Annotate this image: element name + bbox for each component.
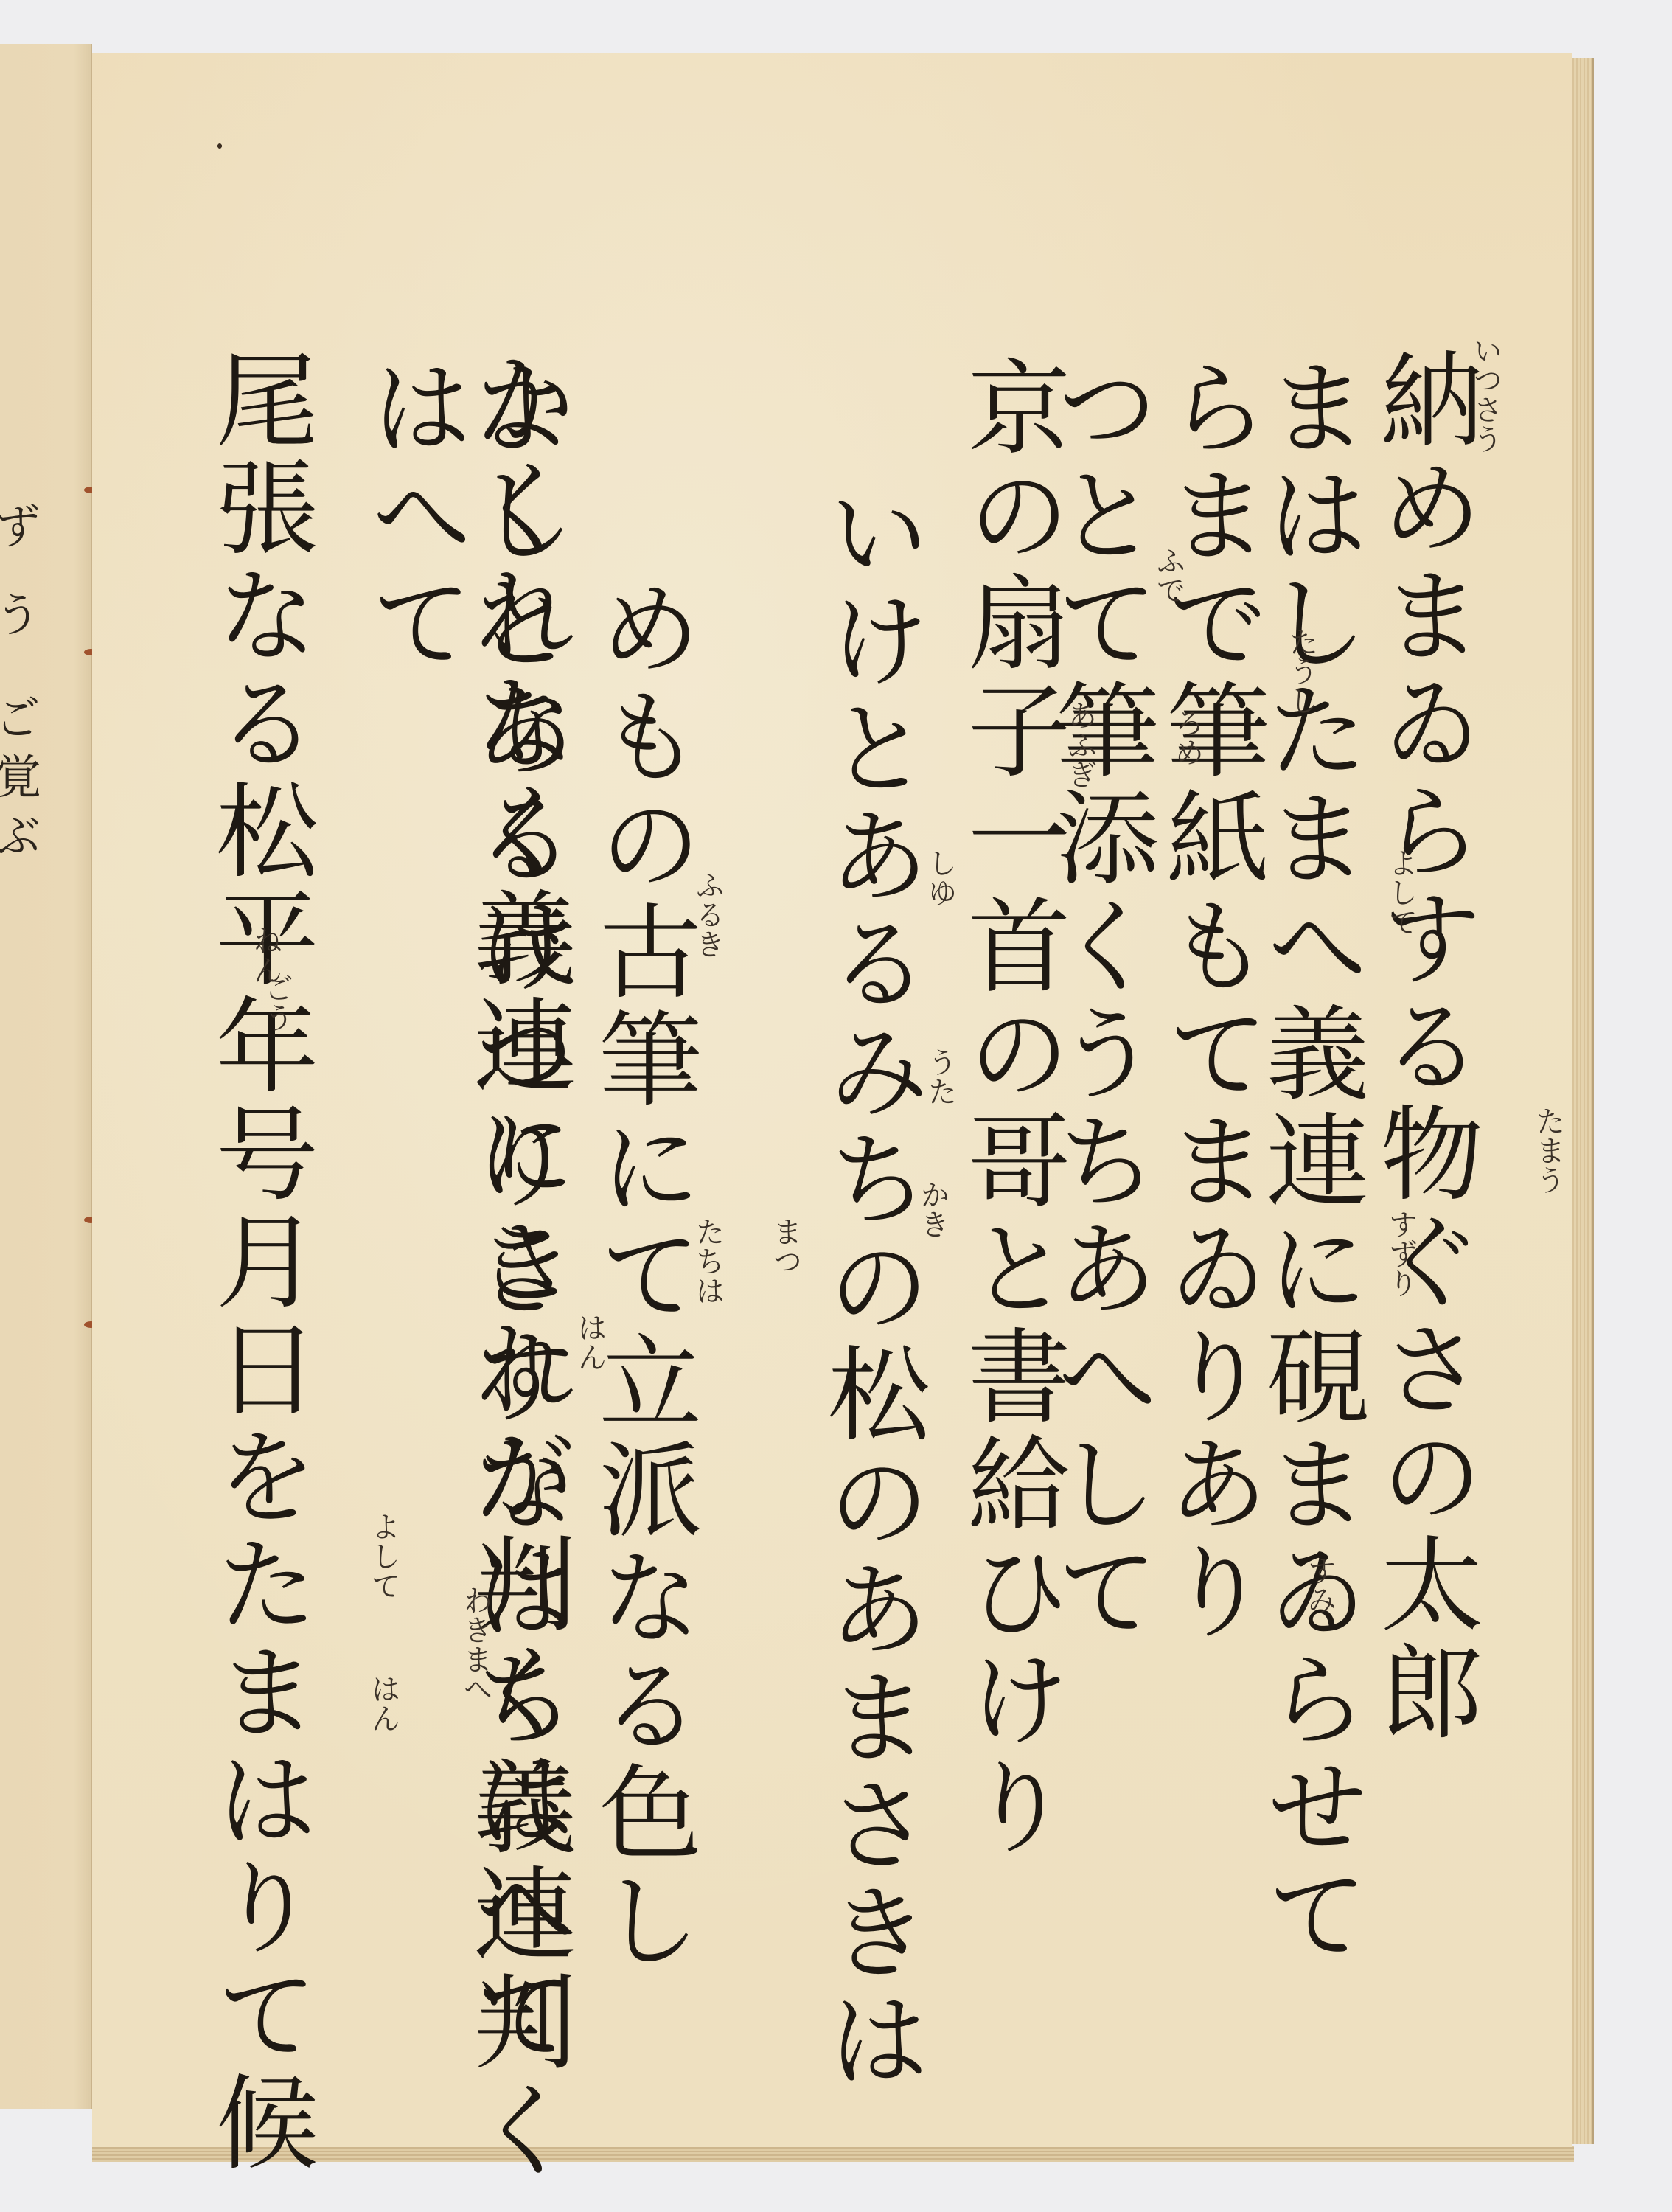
left-page: ず う ご 覚 ぶ bbox=[0, 44, 92, 2109]
furigana-gloss: よして bbox=[1386, 848, 1415, 936]
furigana-gloss: よして bbox=[369, 1512, 398, 1600]
furigana-gloss: あふぎ bbox=[1065, 700, 1095, 789]
furigana-gloss: たちは bbox=[693, 1217, 722, 1305]
furigana-gloss: わきまへ bbox=[461, 1585, 490, 1703]
furigana-gloss: まつ bbox=[770, 1217, 800, 1276]
column-text: 尾張なる松平年号月日をたまはりて候 bbox=[198, 347, 318, 2177]
text-column: 京の扇子一首の哥と書給ひけり bbox=[958, 354, 1062, 1861]
column-text: よしとあるけつりきすなはち義連判くはへて bbox=[353, 354, 577, 2184]
left-page-glyph: 覚 bbox=[0, 752, 37, 799]
furigana-gloss: ふで bbox=[1154, 546, 1183, 605]
furigana-gloss: はん bbox=[369, 1674, 398, 1733]
text-column: めもの古筆にて立派なる色し bbox=[590, 575, 693, 1975]
text-column: 尾張なる松平年号月日をたまはりて候 bbox=[206, 347, 310, 2177]
text-column: いけとあるみちの松のあまさきは bbox=[818, 479, 922, 2094]
column-text: 納めまゐらする物ぐさの太郎 bbox=[1363, 347, 1483, 1746]
page-edges-right bbox=[1570, 58, 1594, 2144]
text-column: 納めまゐらする物ぐさの太郎 bbox=[1371, 347, 1474, 1746]
text-column: まはしたまへ義連に硯まゐらせて bbox=[1257, 354, 1360, 1969]
left-page-glyph: う bbox=[0, 590, 37, 637]
text-column: よしとあるけつりきすなはち義連判くはへて bbox=[361, 354, 568, 2212]
furigana-gloss: すみ bbox=[1305, 1556, 1334, 1615]
furigana-gloss: たまう bbox=[1533, 1106, 1563, 1194]
furigana-gloss: たうし bbox=[1286, 627, 1316, 715]
furigana-gloss: ごう bbox=[262, 973, 291, 1032]
column-text: いけとあるみちの松のあまさきは bbox=[810, 479, 930, 2094]
furigana-gloss: ろめ bbox=[1172, 708, 1202, 767]
column-text: めもの古筆にて立派なる色し bbox=[582, 575, 702, 1975]
ink-speck bbox=[217, 143, 222, 149]
furigana-gloss: いつさう bbox=[1471, 335, 1500, 453]
furigana-gloss: すずり bbox=[1386, 1209, 1415, 1298]
furigana-gloss: ふるき bbox=[693, 870, 722, 959]
left-page-glyph: ぶ bbox=[0, 811, 37, 858]
left-page-glyph: ず bbox=[0, 501, 37, 549]
left-page-glyph: ご bbox=[0, 693, 37, 740]
column-text: 京の扇子一首の哥と書給ひけり bbox=[950, 354, 1070, 1861]
furigana-gloss: はん bbox=[575, 1312, 605, 1371]
